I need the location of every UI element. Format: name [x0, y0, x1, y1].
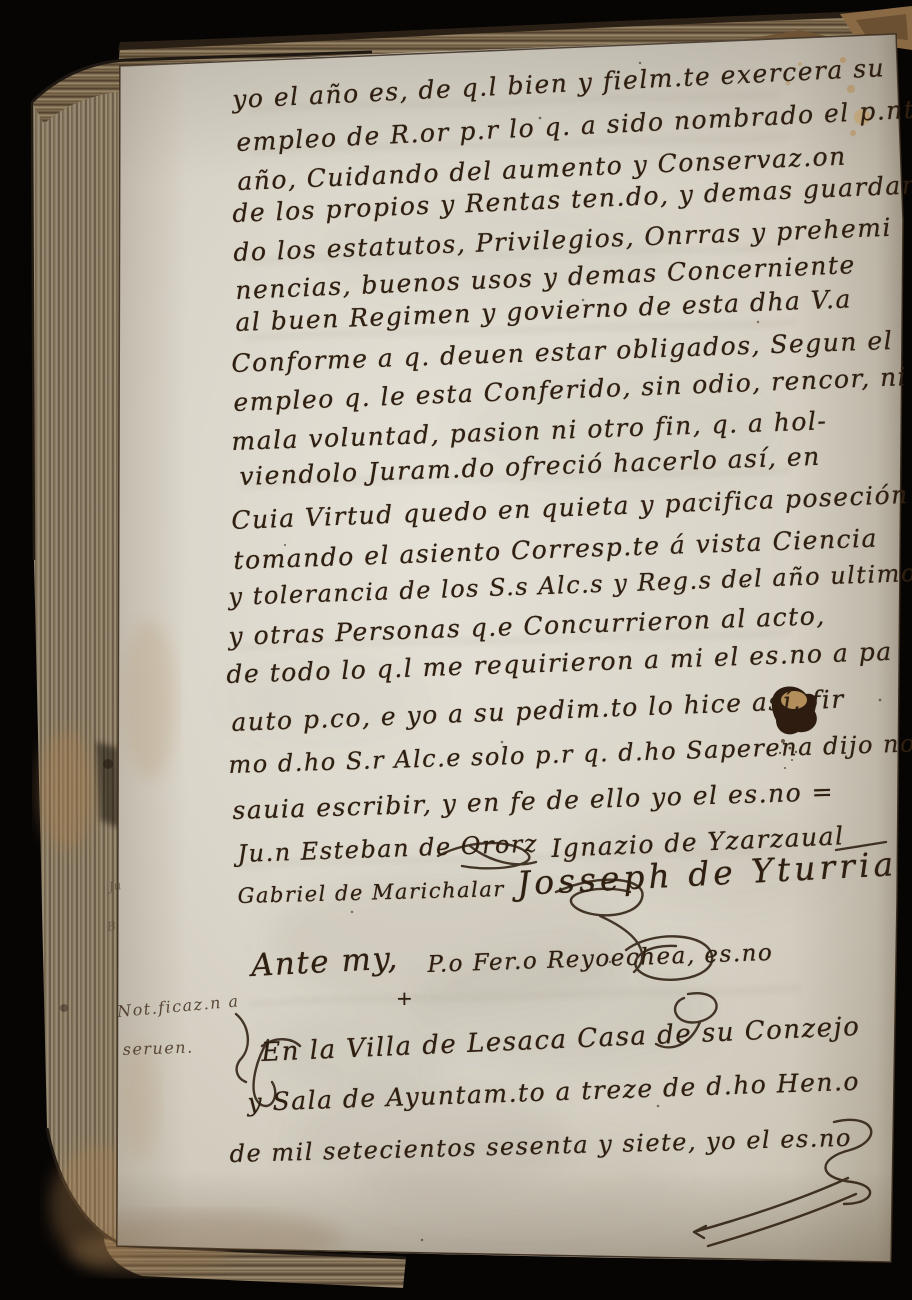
edge-mark-1: Ju: [108, 878, 123, 894]
notary-cross: +: [396, 986, 414, 1010]
manuscript-photo-stage: yo el año es, de q.l bien y fielm.te exe…: [0, 0, 912, 1300]
margin-note-line-2: seruen.: [122, 1038, 194, 1059]
notary-ante-my: Ante my,: [250, 940, 399, 984]
waterstain: [124, 620, 176, 780]
edge-mark-2: B: [106, 919, 117, 934]
